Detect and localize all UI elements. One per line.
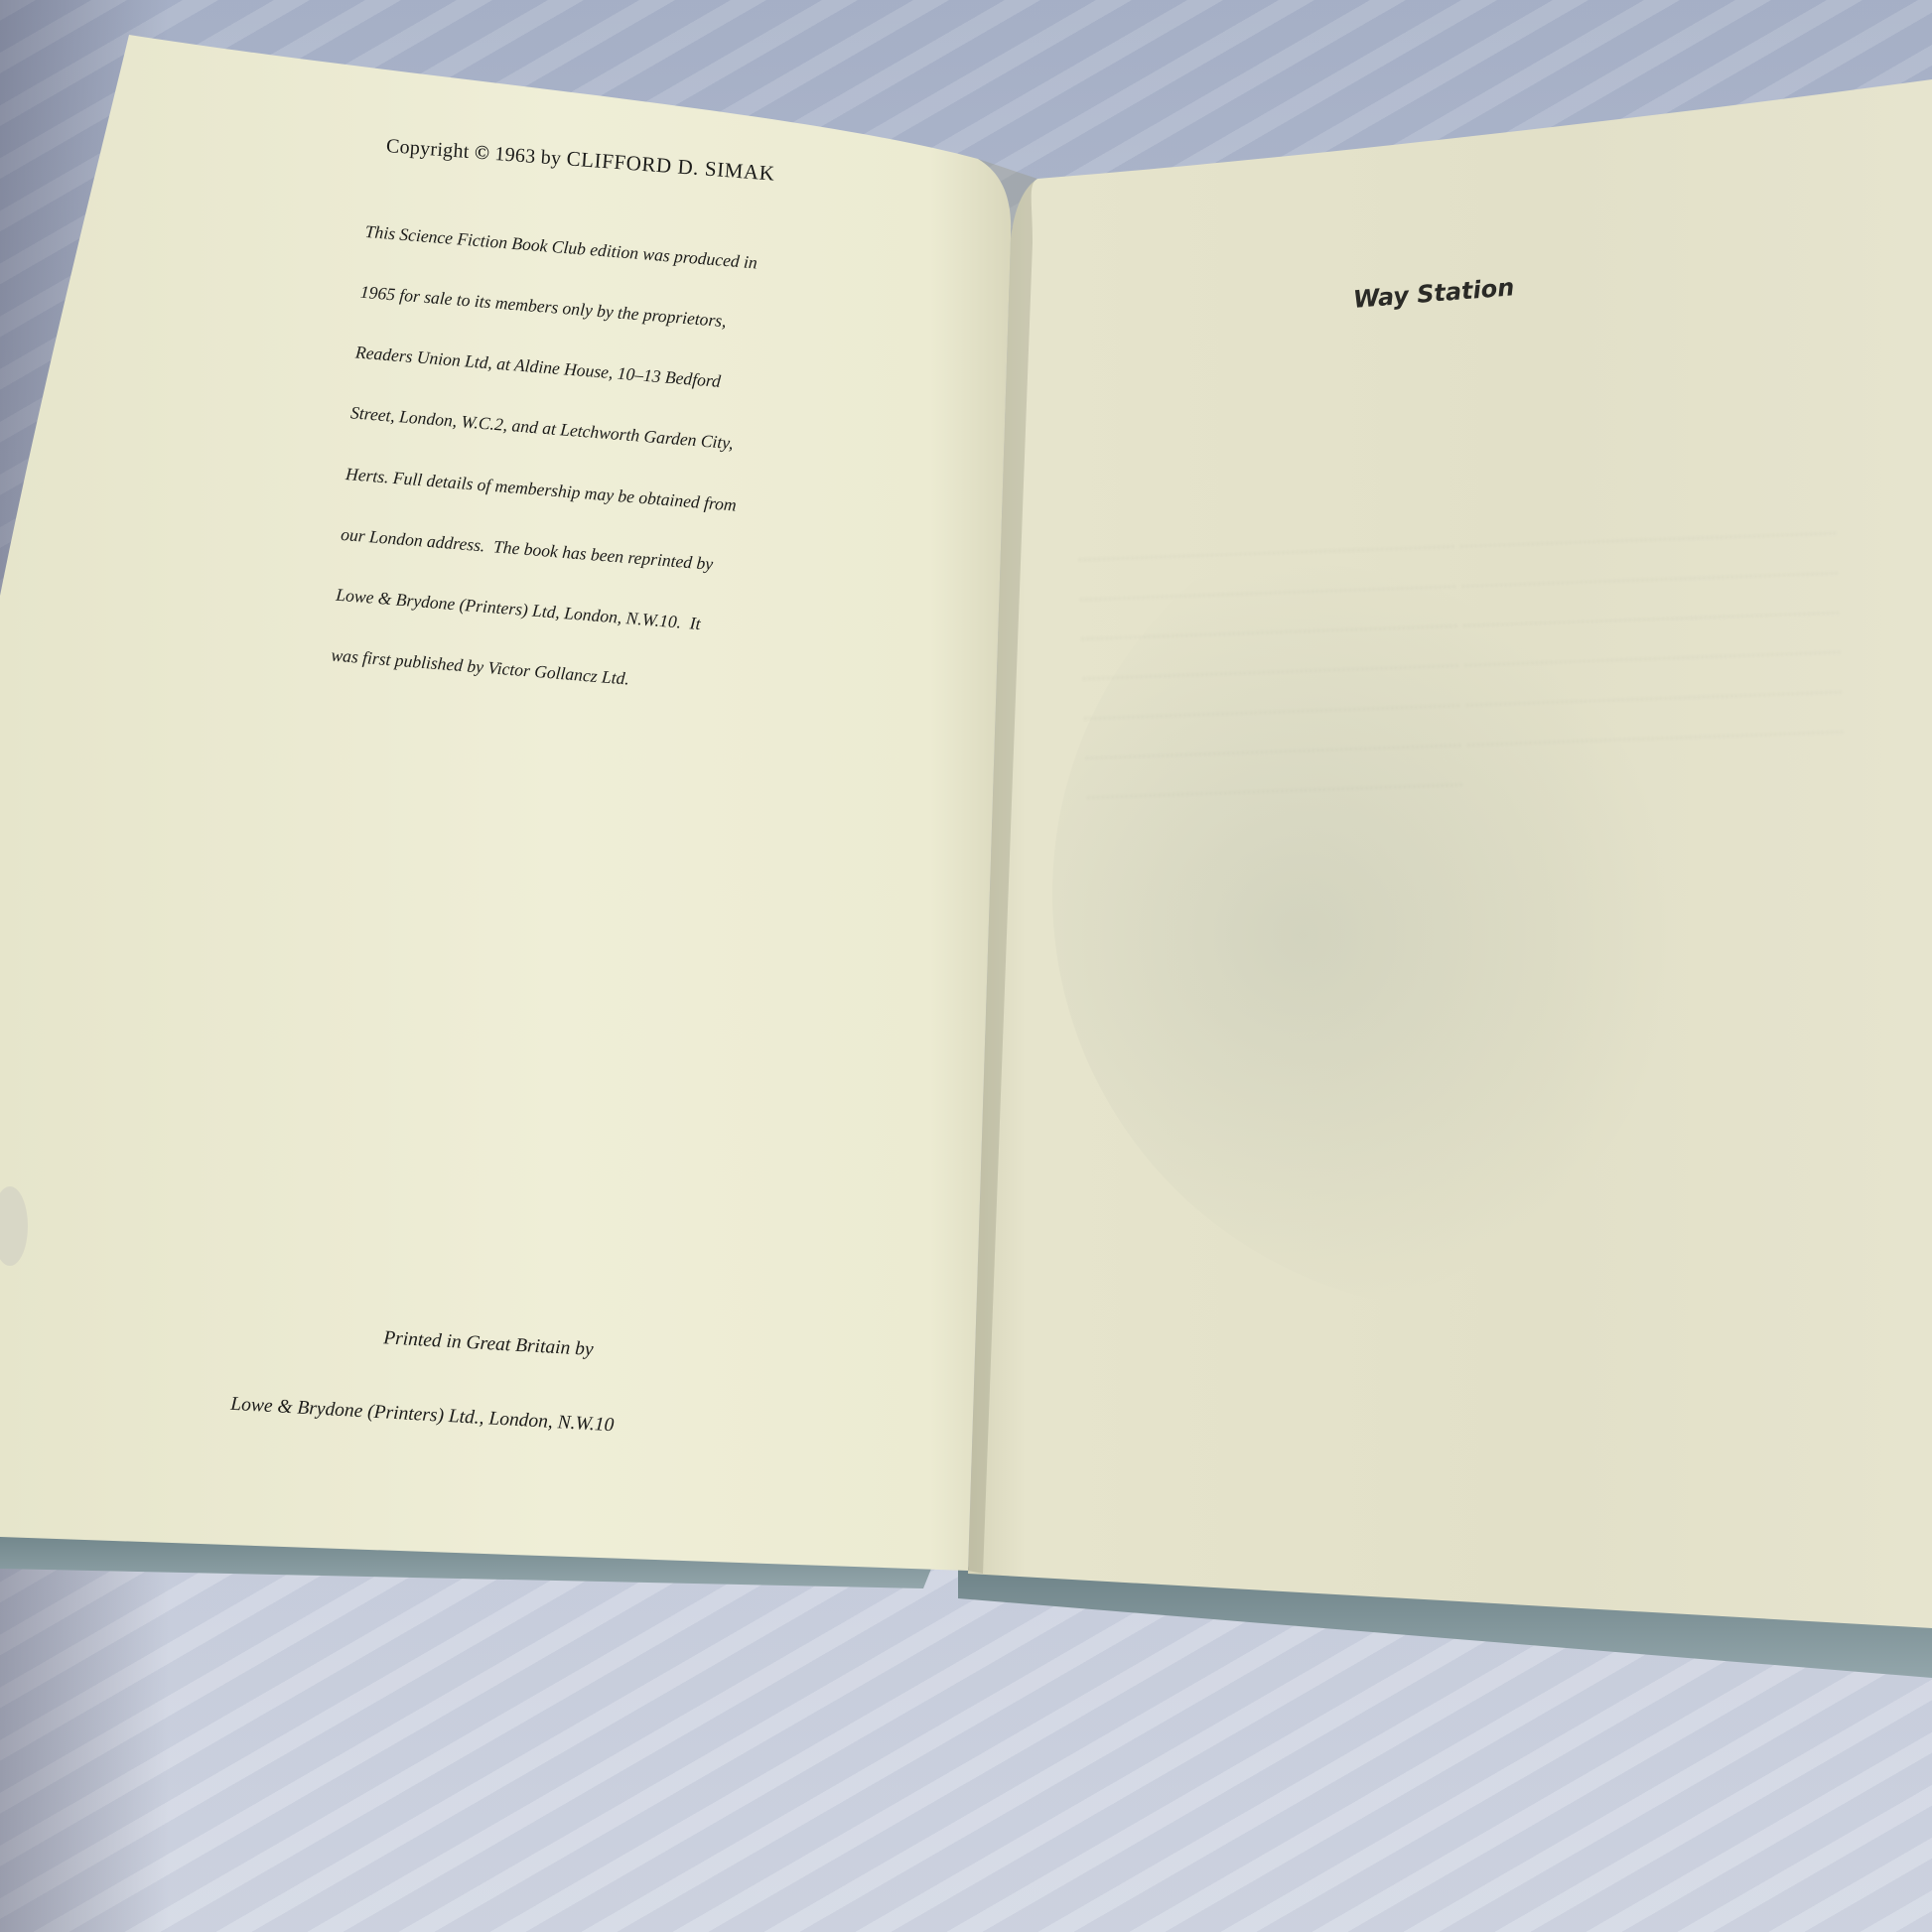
- open-book: [0, 0, 1932, 1932]
- printer-line: Printed in Great Britain by: [234, 1317, 619, 1364]
- edition-notice: This Science Fiction Book Club edition w…: [329, 181, 761, 717]
- edition-line: Street, London, W.C.2, and at Letchworth…: [349, 403, 744, 455]
- edition-line: Readers Union Ltd, at Aldine House, 10–1…: [354, 343, 749, 394]
- edition-line: was first published by Victor Gollancz L…: [331, 645, 725, 697]
- edition-line: Lowe & Brydone (Printers) Ltd, London, N…: [336, 585, 730, 636]
- printer-notice: Printed in Great Britain by Lowe & Brydo…: [228, 1268, 621, 1462]
- copyright-year: 1963 by: [488, 143, 567, 171]
- edition-line: Herts. Full details of membership may be…: [345, 464, 739, 515]
- show-through-text: ........................................…: [1077, 507, 1910, 814]
- edition-line: This Science Fiction Book Club edition w…: [364, 221, 759, 273]
- printer-line: Lowe & Brydone (Printers) Ltd., London, …: [230, 1392, 615, 1439]
- edition-line: 1965 for sale to its members only by the…: [359, 282, 754, 334]
- edition-line: our London address. The book has been re…: [341, 524, 735, 576]
